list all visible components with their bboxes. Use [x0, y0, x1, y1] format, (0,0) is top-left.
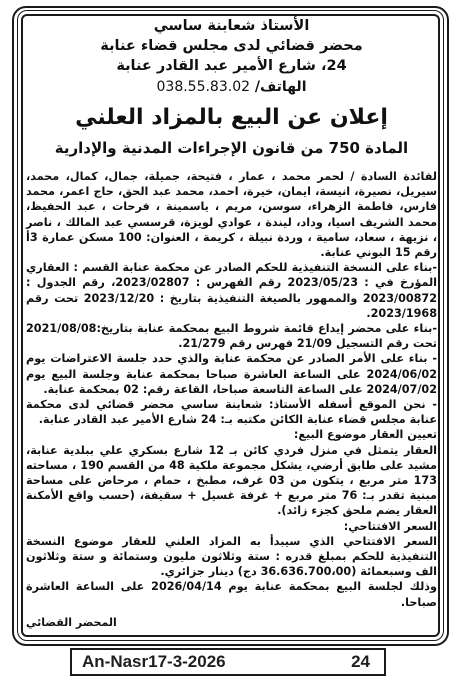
signature: المحضر القضائي	[26, 616, 437, 629]
publication-footer: An-Nasr17-3-2026 24	[70, 648, 386, 676]
bailiff-role: محضر قضائي لدى مجلس قضاء عنابة	[26, 36, 437, 56]
page-number: 24	[351, 652, 370, 672]
notice-subtitle: المادة 750 من قانون الإجراءات المدنية وا…	[26, 137, 437, 159]
phone-label: الهاتف/	[255, 79, 307, 95]
property-heading: تعيين العقار موضوع البيع:	[26, 427, 437, 442]
sale-session-paragraph: وذلك لجلسة البيع بمحكمة عنابة يوم 2026/0…	[26, 579, 437, 609]
bailiff-address: 24، شارع الأمير عبد القادر عنابة	[26, 56, 437, 76]
bailiff-name: الأستاذ شعابنة ساسي	[26, 16, 437, 36]
notice-content: الأستاذ شعابنة ساسي محضر قضائي لدى مجلس …	[26, 16, 437, 629]
price-description: السعر الافتتاحي الذي سيبدأ به المزاد الع…	[26, 534, 437, 580]
phone-number: 038.55.83.02	[157, 79, 251, 95]
property-description: العقار يتمثل في منزل فردي كائن بـ 12 شار…	[26, 443, 437, 519]
order-paragraph: - بناء على الأمر الصادر عن محكمة عنابة و…	[26, 351, 437, 397]
judgment-paragraph: -بناء على النسخة التنفيذية للحكم الصادر …	[26, 260, 437, 321]
publication-reference: An-Nasr17-3-2026	[82, 652, 226, 672]
phone-line: الهاتف/ 038.55.83.02	[26, 77, 437, 97]
notice-body: لفائدة السادة / لحمر محمد ، عمار ، فتيحة…	[26, 169, 437, 610]
undersigned-paragraph: - نحن الموقع أسفله الأستاذ: شعابنة ساسي …	[26, 397, 437, 427]
notice-title: إعلان عن البيع بالمزاد العلني	[26, 103, 437, 133]
conditions-paragraph: -بناء على محضر إيداع قائمة شروط البيع بم…	[26, 321, 437, 351]
price-heading: السعر الافتتاحي:	[26, 519, 437, 534]
parties-paragraph: لفائدة السادة / لحمر محمد ، عمار ، فتيحة…	[26, 169, 437, 260]
